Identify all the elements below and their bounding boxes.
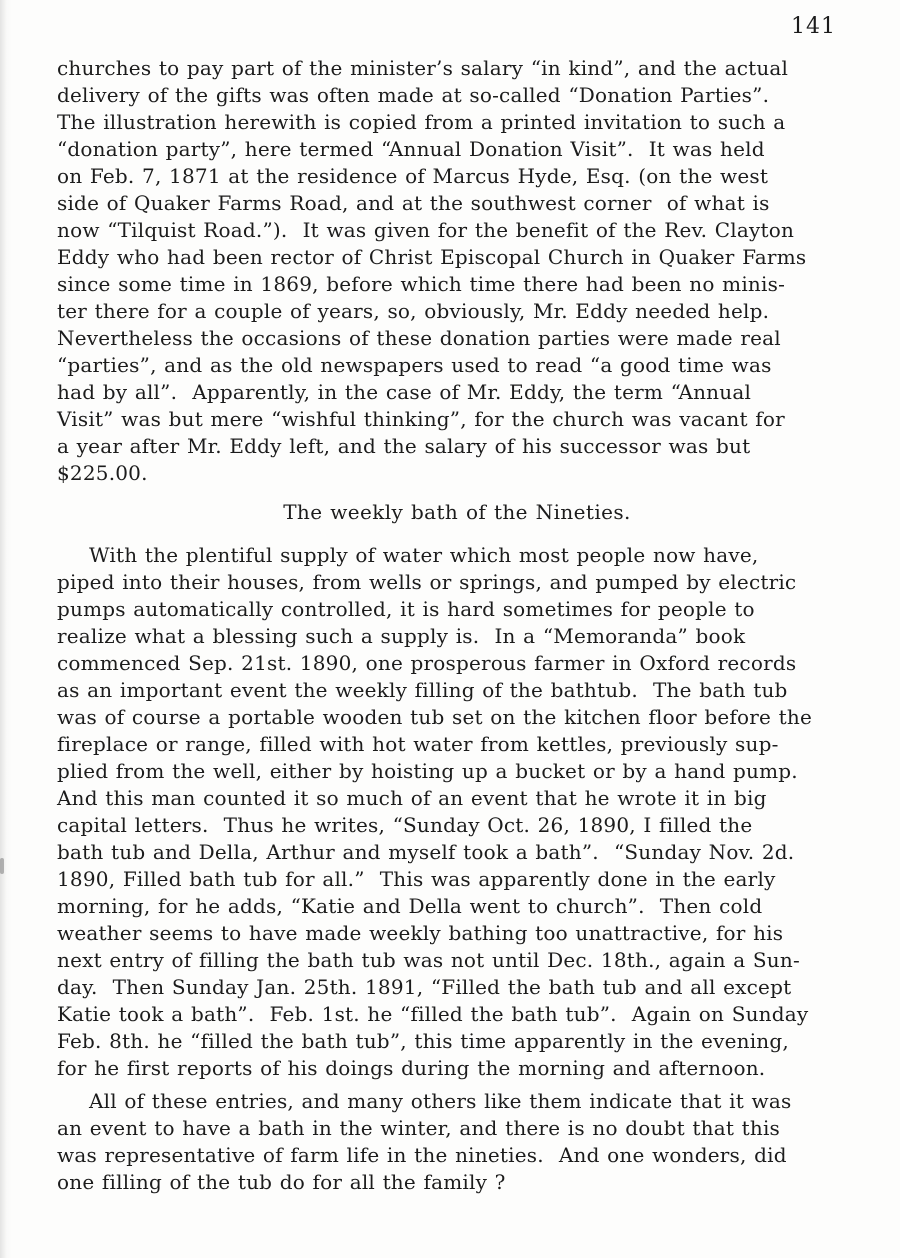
text-line: Visit” was but mere “wishful thinking”, … (57, 406, 857, 433)
text-line: Eddy who had been rector of Christ Episc… (57, 244, 857, 271)
text-line: on Feb. 7, 1871 at the residence of Marc… (57, 163, 857, 190)
text-line: plied from the well, either by hoisting … (57, 758, 857, 785)
text-line: day. Then Sunday Jan. 25th. 1891, “Fille… (57, 974, 857, 1001)
text-line: side of Quaker Farms Road, and at the so… (57, 190, 857, 217)
text-line: now “Tilquist Road.”). It was given for … (57, 217, 857, 244)
text-line: capital letters. Thus he writes, “Sunday… (57, 812, 857, 839)
text-line: a year after Mr. Eddy left, and the sala… (57, 433, 857, 460)
text-line: All of these entries, and many others li… (57, 1088, 857, 1115)
scan-artifact-mark (0, 858, 4, 874)
text-line: ter there for a couple of years, so, obv… (57, 298, 857, 325)
text-line: Katie took a bath”. Feb. 1st. he “filled… (57, 1001, 857, 1028)
text-line: fireplace or range, filled with hot wate… (57, 731, 857, 758)
text-line: $225.00. (57, 460, 857, 487)
paragraph-3: All of these entries, and many others li… (57, 1088, 857, 1196)
text-line: delivery of the gifts was often made at … (57, 82, 857, 109)
text-line: as an important event the weekly filling… (57, 677, 857, 704)
text-line: an event to have a bath in the winter, a… (57, 1115, 857, 1142)
text-line: “donation party”, here termed “Annual Do… (57, 136, 857, 163)
text-line: realize what a blessing such a supply is… (57, 623, 857, 650)
text-line: piped into their houses, from wells or s… (57, 569, 857, 596)
text-line: weather seems to have made weekly bathin… (57, 920, 857, 947)
text-line: The illustration herewith is copied from… (57, 109, 857, 136)
text-line: had by all”. Apparently, in the case of … (57, 379, 857, 406)
text-line: was representative of farm life in the n… (57, 1142, 857, 1169)
text-line: pumps automatically controlled, it is ha… (57, 596, 857, 623)
text-line: Feb. 8th. he “filled the bath tub”, this… (57, 1028, 857, 1055)
text-line: With the plentiful supply of water which… (57, 542, 857, 569)
text-line: Nevertheless the occasions of these dona… (57, 325, 857, 352)
text-line: since some time in 1869, before which ti… (57, 271, 857, 298)
text-line: was of course a portable wooden tub set … (57, 704, 857, 731)
page-left-edge-shadow (0, 0, 12, 1258)
text-line: one filling of the tub do for all the fa… (57, 1169, 857, 1196)
text-line: And this man counted it so much of an ev… (57, 785, 857, 812)
text-line: for he first reports of his doings durin… (57, 1055, 857, 1082)
text-line: “parties”, and as the old newspapers use… (57, 352, 857, 379)
page-number: 141 (791, 14, 836, 39)
paragraph-2: With the plentiful supply of water which… (57, 542, 857, 1082)
text-column: churches to pay part of the minister’s s… (57, 55, 857, 1196)
text-line: commenced Sep. 21st. 1890, one prosperou… (57, 650, 857, 677)
text-line: churches to pay part of the minister’s s… (57, 55, 857, 82)
text-line: bath tub and Della, Arthur and myself to… (57, 839, 857, 866)
section-heading: The weekly bath of the Nineties. (57, 499, 857, 526)
text-line: next entry of filling the bath tub was n… (57, 947, 857, 974)
text-line: morning, for he adds, “Katie and Della w… (57, 893, 857, 920)
book-page: 141 churches to pay part of the minister… (0, 0, 900, 1258)
paragraph-1: churches to pay part of the minister’s s… (57, 55, 857, 487)
text-line: 1890, Filled bath tub for all.” This was… (57, 866, 857, 893)
